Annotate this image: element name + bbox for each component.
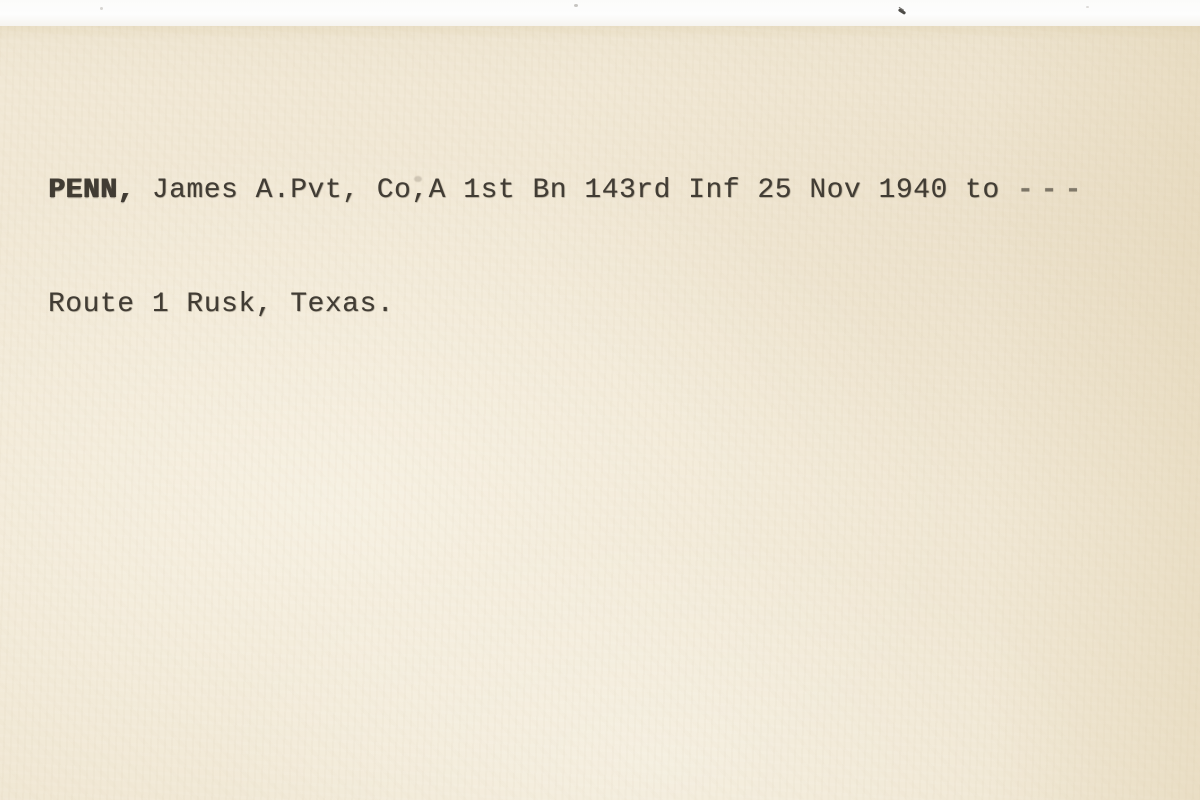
scan-speck bbox=[574, 4, 578, 7]
scanned-document: PENN, James A.Pvt, Co,A 1st Bn 143rd Inf… bbox=[0, 0, 1200, 800]
index-card: PENN, James A.Pvt, Co,A 1st Bn 143rd Inf… bbox=[0, 26, 1200, 800]
record-line-1: PENN, James A.Pvt, Co,A 1st Bn 143rd Inf… bbox=[48, 172, 1088, 210]
surname-text: PENN, bbox=[48, 175, 135, 206]
scanner-bed-strip bbox=[0, 0, 1200, 26]
scan-speck bbox=[1086, 6, 1089, 8]
record-line-2-address: Route 1 Rusk, Texas. bbox=[48, 286, 1088, 324]
scan-speck bbox=[100, 7, 103, 10]
service-details-text: James A.Pvt, Co,A 1st Bn 143rd Inf 25 No… bbox=[135, 175, 1017, 206]
trailing-dashes: --- bbox=[1017, 175, 1088, 206]
typewritten-text-block: PENN, James A.Pvt, Co,A 1st Bn 143rd Inf… bbox=[48, 96, 1088, 400]
scan-speck bbox=[898, 8, 906, 15]
